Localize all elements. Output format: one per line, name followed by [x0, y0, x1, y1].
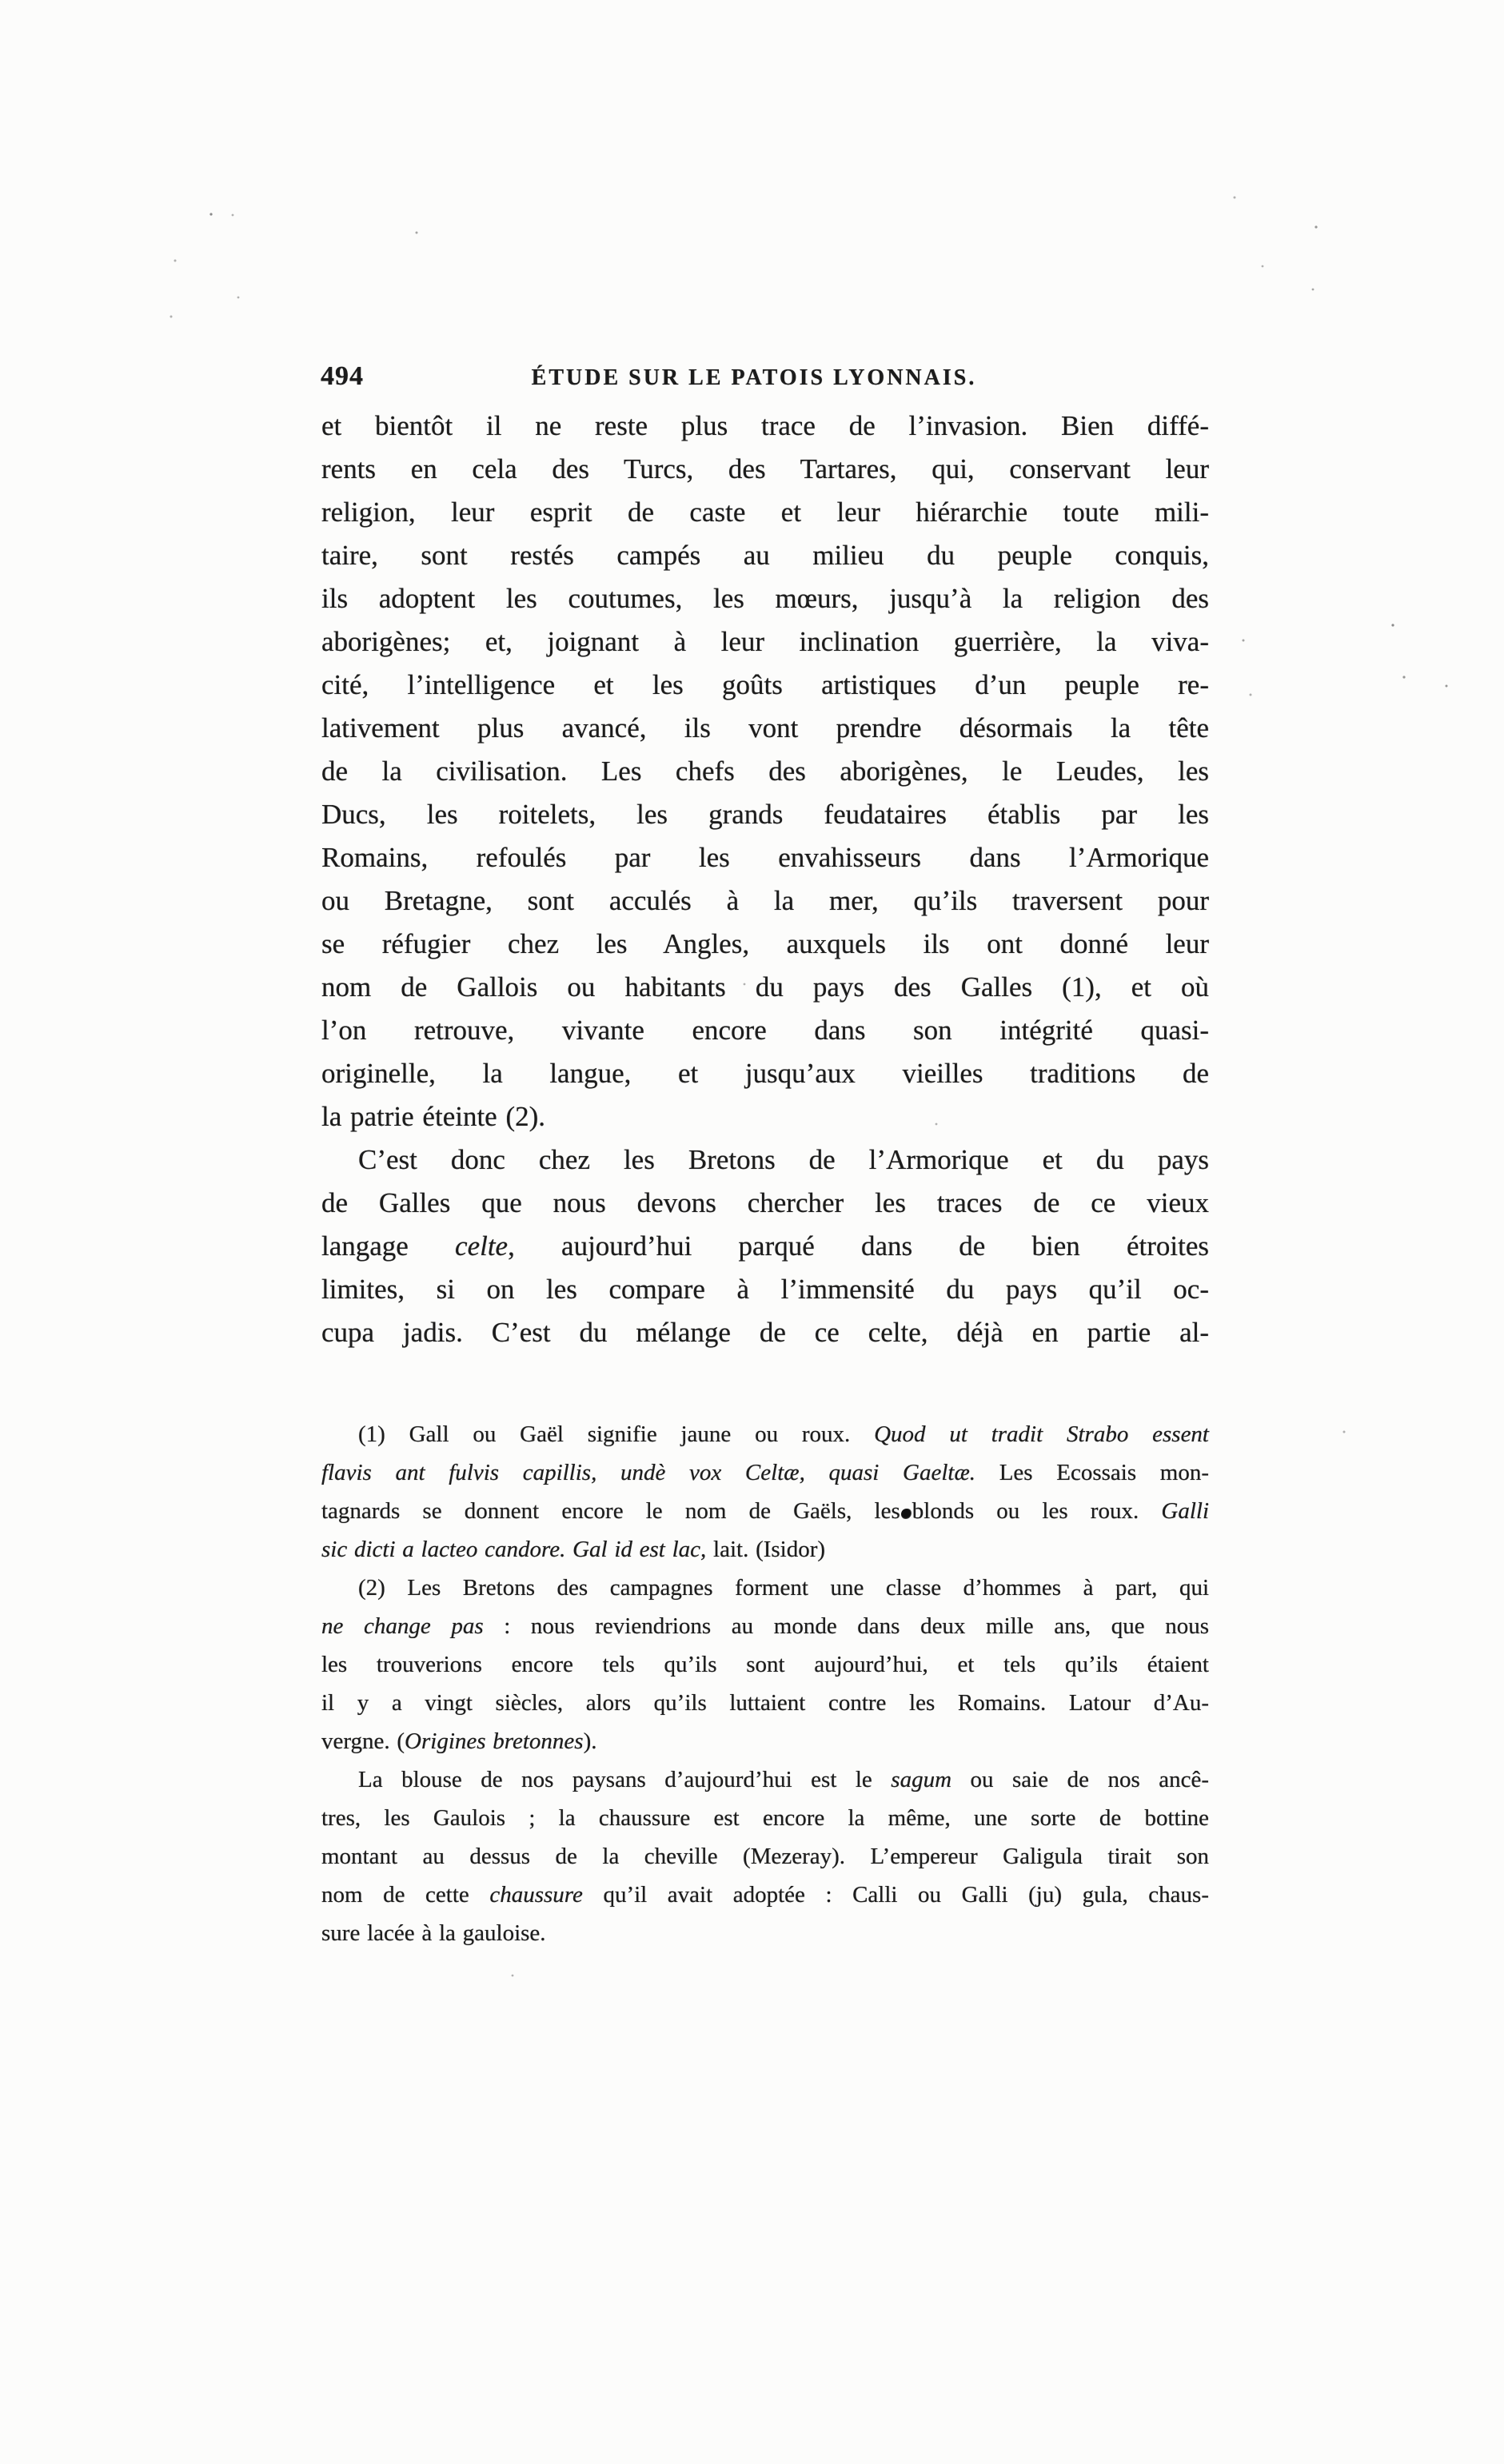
body-line: langage celte, aujourd’hui parqué dans d…	[321, 1225, 1209, 1268]
italic-text-segment: Quod ut tradit Strabo essent	[874, 1421, 1209, 1447]
text-segment: langage	[321, 1230, 455, 1262]
text-segment: nom de cette	[321, 1882, 489, 1908]
footnote-line: tagnards se donnent encore le nom de Gaë…	[321, 1492, 1209, 1530]
footnote-line: sure lacée à la gauloise.	[321, 1914, 1209, 1952]
body-line: ils adoptent les coutumes, les mœurs, ju…	[321, 577, 1209, 620]
body-line: la patrie éteinte (2).	[321, 1095, 1209, 1138]
text-segment: se réfugier chez les Angles, auxquels il…	[321, 928, 1209, 959]
footnote-line: La blouse de nos paysans d’aujourd’hui e…	[321, 1760, 1209, 1799]
italic-text-segment: sagum	[891, 1767, 951, 1792]
body-line: Romains, refoulés par les envahisseurs d…	[321, 836, 1209, 879]
text-segment: C’est donc chez les Bretons de l’Armoriq…	[358, 1144, 1209, 1175]
text-segment: de la civilisation. Les chefs des aborig…	[321, 756, 1209, 787]
text-segment: cité, l’intelligence et les goûts artist…	[321, 669, 1209, 700]
body-line: de la civilisation. Les chefs des aborig…	[321, 750, 1209, 793]
text-segment: lativement plus avancé, ils vont prendre…	[321, 712, 1209, 744]
text-segment: ils adoptent les coutumes, les mœurs, ju…	[321, 583, 1209, 614]
text-segment: et bientôt il ne reste plus trace de l’i…	[321, 410, 1209, 441]
italic-text-segment: ne change pas	[321, 1613, 484, 1639]
body-line: se réfugier chez les Angles, auxquels il…	[321, 923, 1209, 966]
body-line: religion, leur esprit de caste et leur h…	[321, 491, 1209, 534]
footnote-line: tres, les Gaulois ; la chaussure est enc…	[321, 1799, 1209, 1837]
text-segment: ou Bretagne, sont acculés à la mer, qu’i…	[321, 885, 1209, 916]
text-segment: tres, les Gaulois ; la chaussure est enc…	[321, 1805, 1209, 1831]
footnote-line: flavis ant fulvis capillis, undè vox Cel…	[321, 1453, 1209, 1492]
text-segment: lait. (Isidor)	[706, 1537, 825, 1562]
text-segment: montant au dessus de la cheville (Mezera…	[321, 1844, 1209, 1869]
text-segment: les trouverions encore tels qu’ils sont …	[321, 1652, 1209, 1677]
text-segment: , aujourd’hui parqué dans de bien étroit…	[508, 1230, 1209, 1262]
body-line: taire, sont restés campés au milieu du p…	[321, 534, 1209, 577]
scan-noise-specks	[0, 0, 2, 2]
italic-text-segment: Galli	[1161, 1498, 1209, 1524]
text-segment: (2) Les Bretons des campagnes forment un…	[358, 1575, 1209, 1601]
text-segment: de Galles que nous devons chercher les t…	[321, 1187, 1209, 1218]
body-line: nom de Gallois ou habitants du pays des …	[321, 966, 1209, 1009]
body-line: C’est donc chez les Bretons de l’Armoriq…	[321, 1138, 1209, 1182]
body-line: de Galles que nous devons chercher les t…	[321, 1182, 1209, 1225]
text-segment: blonds ou les roux.	[912, 1498, 1162, 1524]
running-title: ÉTUDE SUR LE PATOIS LYONNAIS.	[532, 365, 977, 391]
italic-text-segment: Origines bretonnes	[405, 1728, 584, 1754]
footnote-line: il y a vingt siècles, alors qu’ils lutta…	[321, 1684, 1209, 1722]
italic-text-segment: flavis ant fulvis capillis, undè vox Cel…	[321, 1460, 975, 1485]
ink-blot	[901, 1509, 912, 1519]
text-segment: rents en cela des Turcs, des Tartares, q…	[321, 453, 1209, 484]
footnote-line: montant au dessus de la cheville (Mezera…	[321, 1837, 1209, 1876]
footnote-line: vergne. (Origines bretonnes).	[321, 1722, 1209, 1760]
scanned-book-page: 494 ÉTUDE SUR LE PATOIS LYONNAIS. et bie…	[0, 0, 1504, 2464]
text-segment: originelle, la langue, et jusqu’aux viei…	[321, 1058, 1209, 1089]
footnote-line: (2) Les Bretons des campagnes forment un…	[321, 1569, 1209, 1607]
text-segment: taire, sont restés campés au milieu du p…	[321, 540, 1209, 571]
body-line: ou Bretagne, sont acculés à la mer, qu’i…	[321, 879, 1209, 923]
body-line: cité, l’intelligence et les goûts artist…	[321, 664, 1209, 707]
body-line: aborigènes; et, joignant à leur inclinat…	[321, 620, 1209, 664]
footnote-line: sic dicti a lacteo candore. Gal id est l…	[321, 1530, 1209, 1569]
text-segment: limites, si on les compare à l’immensité…	[321, 1274, 1209, 1305]
italic-text-segment: celte	[455, 1230, 508, 1262]
text-segment: nom de Gallois ou habitants du pays des …	[321, 971, 1209, 1003]
body-line: l’on retrouve, vivante encore dans son i…	[321, 1009, 1209, 1052]
text-segment: La blouse de nos paysans d’aujourd’hui e…	[358, 1767, 891, 1792]
italic-text-segment: chaussure	[489, 1882, 583, 1908]
body-text-block: et bientôt il ne reste plus trace de l’i…	[321, 405, 1209, 1354]
text-segment: qu’il avait adoptée : Calli ou Galli (ju…	[583, 1882, 1209, 1908]
text-segment: : nous reviendrions au monde dans deux m…	[484, 1613, 1209, 1639]
body-line: originelle, la langue, et jusqu’aux viei…	[321, 1052, 1209, 1095]
body-line: lativement plus avancé, ils vont prendre…	[321, 707, 1209, 750]
footnote-line: nom de cette chaussure qu’il avait adopt…	[321, 1876, 1209, 1914]
text-segment: ou saie de nos ancê-	[951, 1767, 1209, 1792]
footnote-line: (1) Gall ou Gaël signifie jaune ou roux.…	[321, 1415, 1209, 1453]
text-segment: tagnards se donnent encore le nom de Gaë…	[321, 1498, 900, 1524]
footnote-line: ne change pas : nous reviendrions au mon…	[321, 1607, 1209, 1645]
text-segment: la patrie éteinte (2).	[321, 1101, 545, 1132]
text-segment: cupa jadis. C’est du mélange de ce celte…	[321, 1317, 1209, 1348]
footnote-line: les trouverions encore tels qu’ils sont …	[321, 1645, 1209, 1684]
text-segment: vergne. (	[321, 1728, 405, 1754]
footnote-block: (1) Gall ou Gaël signifie jaune ou roux.…	[321, 1415, 1209, 1952]
text-segment: il y a vingt siècles, alors qu’ils lutta…	[321, 1690, 1209, 1716]
text-segment: Ducs, les roitelets, les grands feudatai…	[321, 799, 1209, 830]
page-number: 494	[321, 361, 364, 392]
text-segment: sure lacée à la gauloise.	[321, 1920, 546, 1946]
text-segment: aborigènes; et, joignant à leur inclinat…	[321, 626, 1209, 657]
body-line: cupa jadis. C’est du mélange de ce celte…	[321, 1311, 1209, 1354]
text-segment: Romains, refoulés par les envahisseurs d…	[321, 842, 1209, 873]
body-line: Ducs, les roitelets, les grands feudatai…	[321, 793, 1209, 836]
text-segment: (1) Gall ou Gaël signifie jaune ou roux.	[358, 1421, 874, 1447]
body-line: rents en cela des Turcs, des Tartares, q…	[321, 448, 1209, 491]
text-segment: religion, leur esprit de caste et leur h…	[321, 496, 1209, 528]
text-segment: Les Ecossais mon-	[975, 1460, 1209, 1485]
text-segment: ).	[584, 1728, 597, 1754]
text-segment: l’on retrouve, vivante encore dans son i…	[321, 1015, 1209, 1046]
body-line: limites, si on les compare à l’immensité…	[321, 1268, 1209, 1311]
body-line: et bientôt il ne reste plus trace de l’i…	[321, 405, 1209, 448]
italic-text-segment: sic dicti a lacteo candore. Gal id est l…	[321, 1537, 706, 1562]
